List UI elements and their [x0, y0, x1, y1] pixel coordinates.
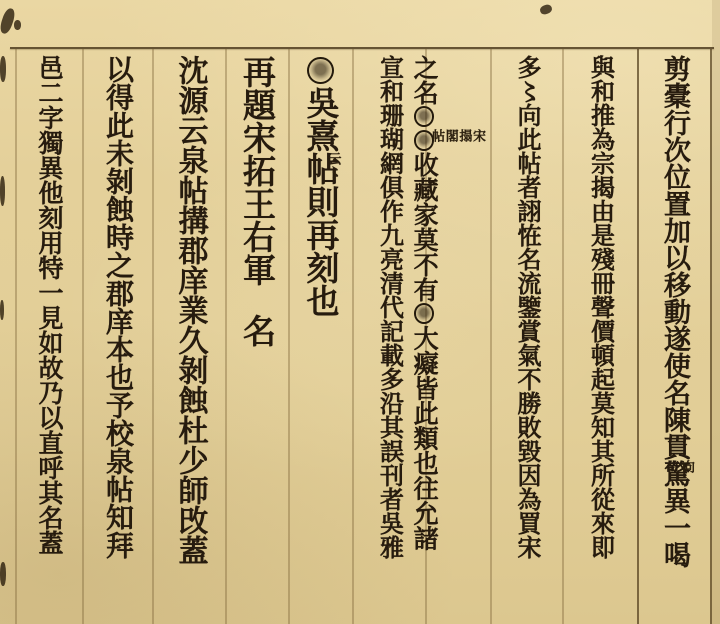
calligraphy-text: 與和推為宗揭由是殘冊聲價頓起莫知其所從來即: [587, 55, 616, 559]
column-rule-line: [15, 49, 17, 624]
column-rule-line: [225, 49, 227, 624]
calligraphy-text: 宣和珊瑚網俱作九亮清代記載多沿其誤刊者吳雅: [376, 55, 405, 559]
calligraphy-text: 沈源云泉帖搆郡庠業久剝蝕杜少師攺蓋: [173, 55, 208, 565]
calligraphy-text: 剪橐行次位置加以移動遂使名陳貫: [659, 55, 690, 460]
calligraphy-text: 大癡皆此類也往允諸: [410, 326, 439, 551]
calligraphy-column-7: 再題宋拓王右軍名: [238, 55, 275, 622]
calligraphy-column-6: 吳熹云〻帖則再刻也: [302, 55, 339, 622]
calligraphy-text: 多〻向此帖者詡恠名流鑒賞氣不勝敗毀因為買宋: [513, 55, 542, 559]
calligraphy-text: 吳熹: [302, 86, 341, 152]
paper-right-edge-band: [712, 0, 720, 624]
calligraphy-column-8: 沈源云泉帖搆郡庠業久剝蝕杜少師攺蓋: [172, 55, 206, 622]
calligraphy-text: 邑二字獨異他刻用特一見如故乃以直呼其名蓋: [35, 55, 64, 555]
inked-out-correction-mark: [414, 303, 435, 324]
column-rule-line: [490, 49, 492, 624]
calligraphy-column-9: 以得此未剝蝕時之郡庠本也予校泉帖知拜: [101, 55, 133, 622]
column-rule-line: [152, 49, 154, 624]
calligraphy-column-2: 與和推為宗揭由是殘冊聲價頓起莫知其所從來即: [586, 55, 614, 622]
column-rule-line: [562, 49, 564, 624]
column-gap: [256, 286, 258, 314]
calligraphy-text: 名: [238, 314, 277, 347]
inked-out-correction-mark: [414, 106, 435, 127]
calligraphy-column-10: 邑二字獨異他刻用特一見如故乃以直呼其名蓋: [34, 55, 63, 622]
column-rule-line: [288, 49, 290, 624]
calligraphy-text: 再題宋拓王右軍: [238, 55, 277, 286]
column-rule-line: [82, 49, 84, 624]
column-rule-line: [352, 49, 354, 624]
calligraphy-column-5: 宣和珊瑚網俱作九亮清代記載多沿其誤刊者吳雅: [375, 55, 403, 622]
column-rule-line: [637, 49, 639, 624]
manuscript-page: 剪橐行次位置加以移動遂使名陳貫向驚異一喝與和推為宗揭由是殘冊聲價頓起莫知其所從來…: [0, 0, 720, 624]
ink-stroke-fragment: [0, 300, 4, 320]
ink-stroke-fragment: [0, 56, 6, 82]
inked-out-correction-mark: [307, 57, 334, 85]
calligraphy-text: 以得此未剝蝕時之郡庠本也予校泉帖知拜: [102, 55, 135, 559]
top-border-rule: [10, 47, 714, 49]
calligraphy-column-4: 之名宋搨閣帖收藏家莫不有大癡皆此類也往允諸: [443, 55, 472, 622]
ink-stroke-fragment: [0, 562, 6, 586]
ink-stroke-fragment: [0, 176, 5, 206]
calligraphy-column-1: 剪橐行次位置加以移動遂使名陳貫向驚異一喝: [658, 55, 689, 622]
ink-stroke-fragment: [539, 3, 553, 16]
ink-stroke-fragment: [14, 20, 21, 30]
calligraphy-text: 收藏家莫不有: [410, 152, 439, 302]
calligraphy-text: 驚異一喝: [659, 460, 690, 568]
calligraphy-text: 之名: [410, 55, 439, 105]
calligraphy-column-3: 多〻向此帖者詡恠名流鑒賞氣不勝敗毀因為買宋: [512, 55, 540, 622]
